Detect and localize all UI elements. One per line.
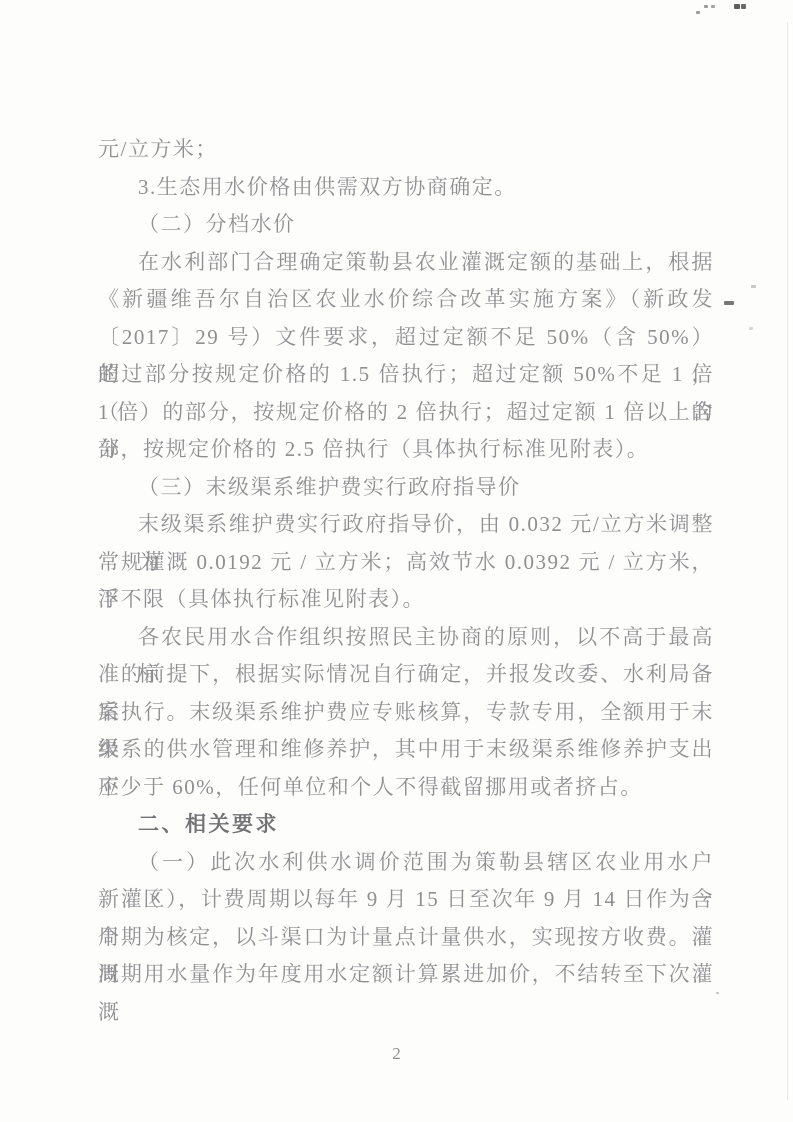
text-line: （三）末级渠系维护费实行政府指导价 — [98, 469, 714, 507]
scan-speck — [696, 11, 700, 14]
text-line: 周期用水量作为年度用水定额计算累进加价，不结转至下次灌溉 — [98, 956, 714, 994]
section-heading: 二、相关要求 — [98, 806, 714, 844]
text-line: 不少于 60%，任何单位和个人不得截留挪用或者挤占。 — [98, 769, 714, 807]
document-page: 元/立方米；3.生态用水价格由供需双方协商确定。（二）分档水价在水利部门合理确定… — [0, 0, 793, 1122]
scan-speck — [749, 327, 753, 330]
text-line: 准的前提下，根据实际情况自行确定，并报发改委、水利局备案 — [98, 656, 714, 694]
text-line: 〔2017〕29 号）文件要求，超过定额不足 50%（含 50%）的， — [98, 319, 714, 357]
document-body: 元/立方米；3.生态用水价格由供需双方协商确定。（二）分档水价在水利部门合理确定… — [98, 131, 714, 994]
text-line: 3.生态用水价格由供需双方协商确定。 — [98, 169, 714, 207]
text-line: 超过部分按规定价格的 1.5 倍执行；超过定额 50%不足 1 倍（含 — [98, 356, 714, 394]
text-line: 常规灌溉 0.0192 元 / 立方米；高效节水 0.0392 元 / 立方米，… — [98, 544, 714, 582]
text-line: 末级渠系维护费实行政府指导价，由 0.032 元/立方米调整为 — [98, 506, 714, 544]
text-line: 元/立方米； — [98, 131, 714, 169]
text-line: 后执行。末级渠系维护费应专账核算，专款专用，全额用于末级 — [98, 694, 714, 732]
text-line: 分，按规定价格的 2.5 倍执行（具体执行标准见附表）。 — [98, 431, 714, 469]
scan-speck — [741, 4, 746, 9]
scan-edge-line — [787, 22, 788, 1100]
scan-speck — [716, 992, 719, 994]
text-line: （二）分档水价 — [98, 206, 714, 244]
scan-speck — [702, 979, 705, 982]
scan-speck — [734, 4, 740, 9]
text-line: 1 倍）的部分，按规定价格的 2 倍执行；超过定额 1 倍以上的部 — [98, 394, 714, 432]
text-line: 周期为核定，以斗渠口为计量点计量供水，实现按方收费。灌溉 — [98, 919, 714, 957]
scan-speck — [724, 301, 734, 305]
scan-speck — [751, 285, 756, 288]
text-line: 在水利部门合理确定策勒县农业灌溉定额的基础上，根据 — [98, 244, 714, 282]
text-line: 《新疆维吾尔自治区农业水价综合改革实施方案》（新政发 — [98, 281, 714, 319]
text-line: 各农民用水合作组织按照民主协商的原则，以不高于最高标 — [98, 619, 714, 657]
text-line: 新灌区），计费周期以每年 9 月 15 日至次年 9 月 14 日作为一个 — [98, 881, 714, 919]
scan-speck — [704, 5, 708, 8]
text-line: 渠系的供水管理和维修养护，其中用于末级渠系维修养护支出应 — [98, 731, 714, 769]
text-line: （一）此次水利供水调价范围为策勒县辖区农业用水户（含 — [98, 844, 714, 882]
text-line: 浮不限（具体执行标准见附表）。 — [98, 581, 714, 619]
page-number: 2 — [0, 1044, 793, 1064]
scan-speck — [711, 5, 715, 8]
